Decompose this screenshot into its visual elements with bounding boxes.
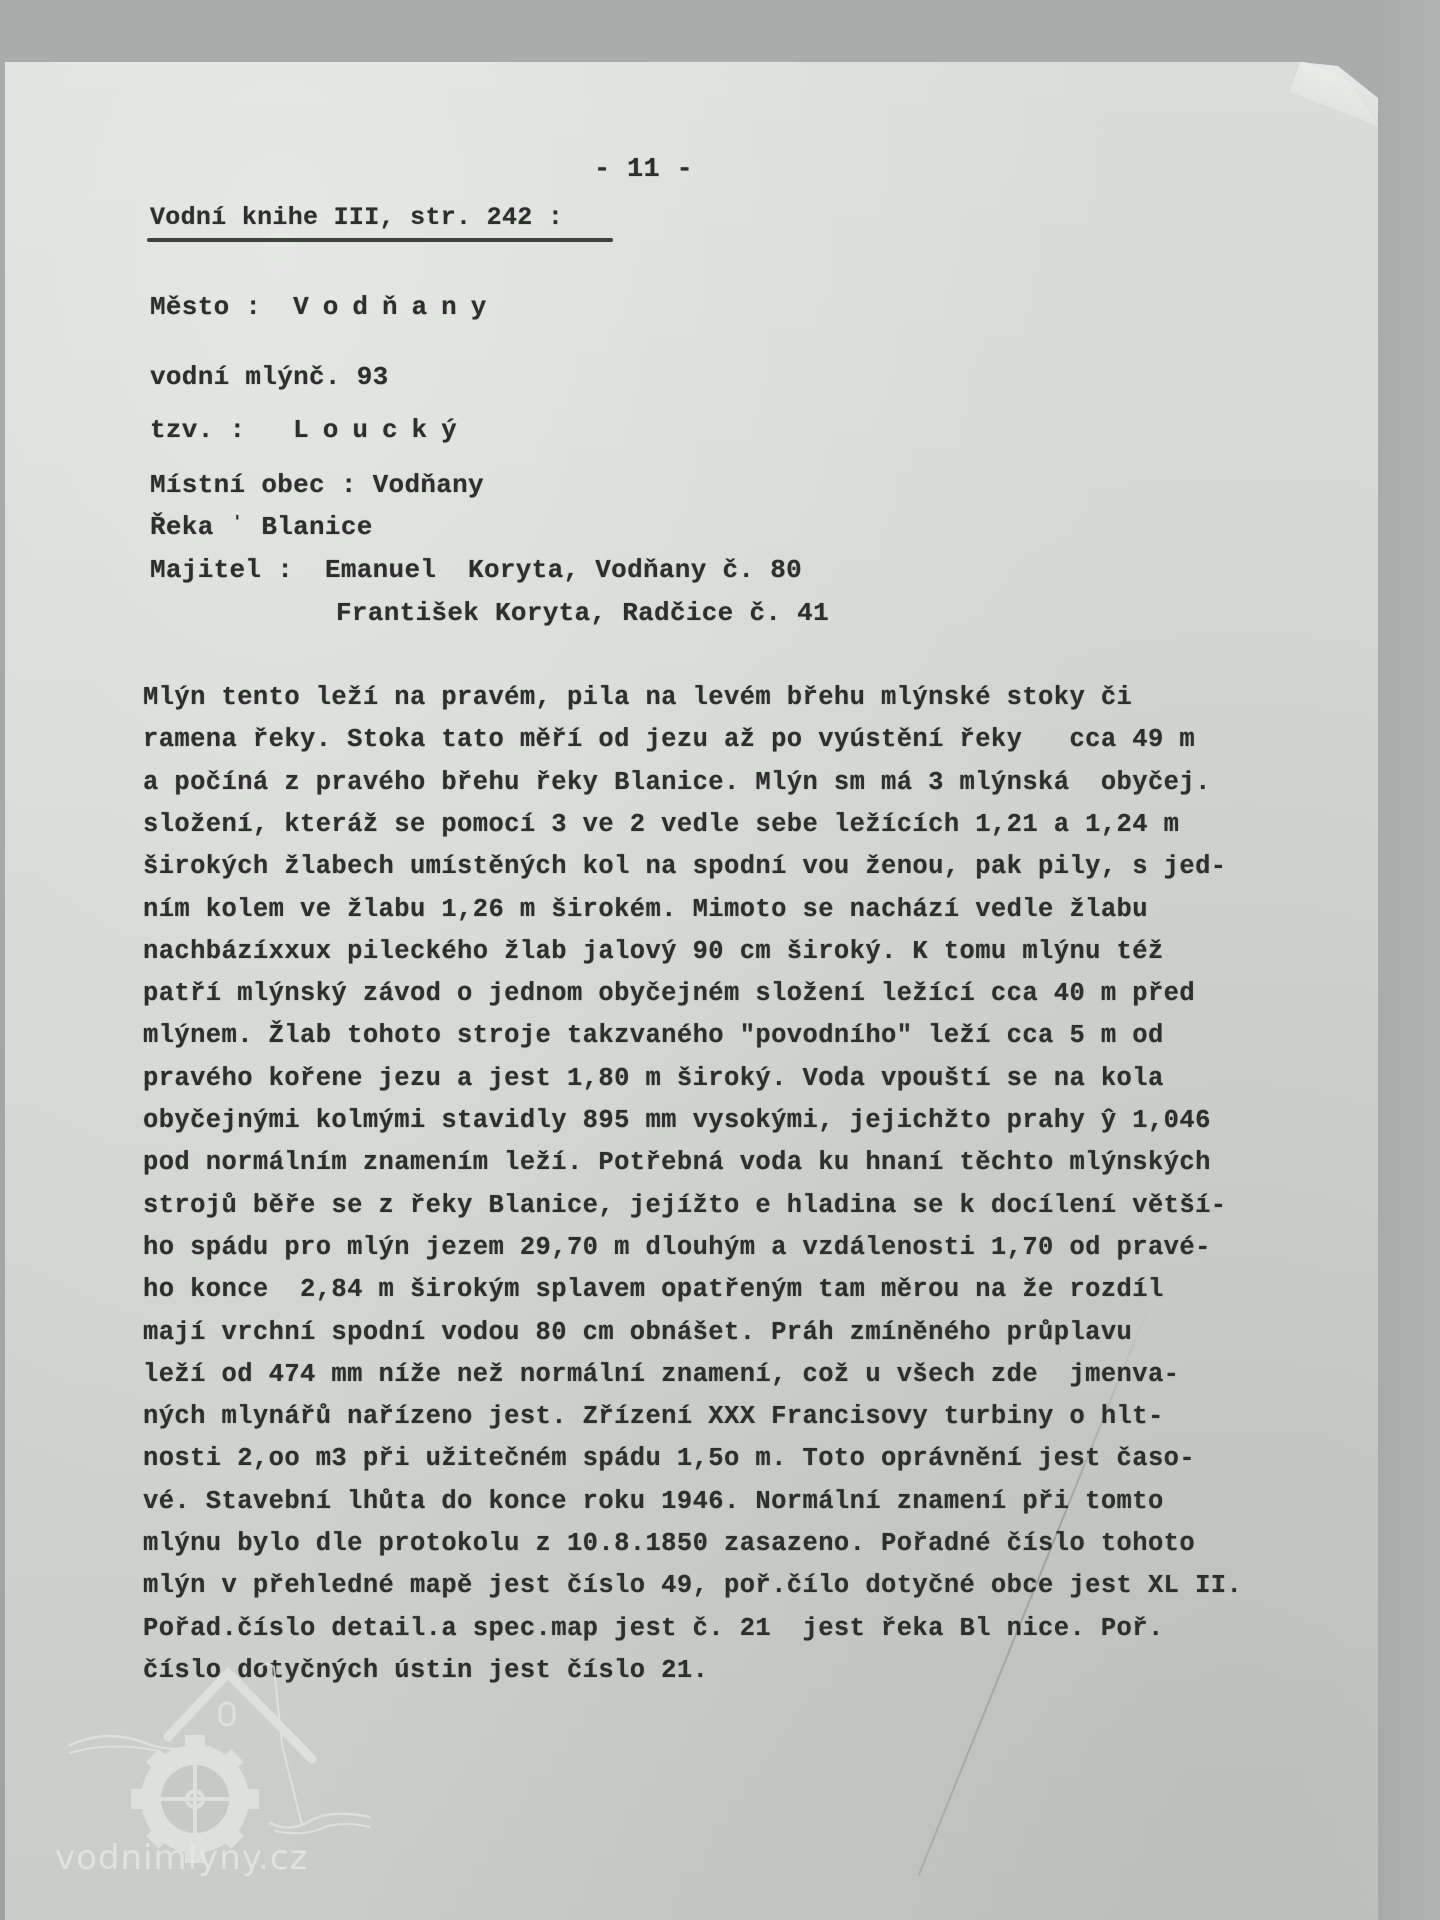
body-line: složení, kteráž se pomocí 3 ve 2 vedle s… <box>143 810 1179 839</box>
body-line: mlýnem. Žlab tohoto stroje takzvaného "p… <box>143 1021 1164 1050</box>
body-line: mlýn v přehledné mapě jest číslo 49, poř… <box>143 1571 1242 1600</box>
background-surface <box>1378 0 1440 1920</box>
town-label: Město : <box>150 292 261 322</box>
body-line: ním kolem ve žlabu 1,26 m širokém. Mimot… <box>143 895 1148 924</box>
owner-label: Majitel : <box>150 555 293 585</box>
page-number: - 11 - <box>594 155 693 185</box>
owner-1: Emanuel Koryta, Vodňany č. 80 <box>325 555 802 585</box>
body-line: mlýnu bylo dle protokolu z 10.8.1850 zas… <box>143 1529 1195 1558</box>
body-line: ných mlynářů nařízeno jest. Zřízení XXX … <box>143 1402 1164 1431</box>
watermark-text: vodnimlyny.cz <box>55 1838 308 1878</box>
town-value: Vodňany <box>293 292 500 322</box>
body-line: leží od 474 mm níže než normální znamení… <box>143 1360 1179 1389</box>
body-line: širokých žlabech umístěných kol na spodn… <box>143 852 1226 881</box>
body-line: obyčejnými kolmými stavidly 895 mm vysok… <box>143 1106 1211 1135</box>
body-line: patří mlýnský závod o jednom obyčejném s… <box>143 979 1195 1008</box>
body-line: ho spádu pro mlýn jezem 29,70 m dlouhým … <box>143 1233 1211 1262</box>
municipality-field: Místní obec : Vodňany <box>150 470 484 500</box>
river-field: Řeka ˈ Blanice <box>150 512 373 542</box>
owner-field: Majitel : Emanuel Koryta, Vodňany č. 80 <box>150 555 802 585</box>
body-line: mají vrchní spodní vodou 80 cm obnášet. … <box>143 1318 1132 1347</box>
mill-name-label: tzv. : <box>150 415 245 445</box>
mill-name-value: Loucký <box>293 415 471 445</box>
heading-underline <box>147 238 613 242</box>
body-line: Mlýn tento leží na pravém, pila na levém… <box>143 683 1132 712</box>
body-line: nosti 2,oo m3 při užitečném spádu 1,5o m… <box>143 1444 1195 1473</box>
body-line: pravého kořene jezu a jest 1,80 m široký… <box>143 1064 1164 1093</box>
body-line: ho konce 2,84 m širokým splavem opatřený… <box>143 1275 1164 1304</box>
owner-2: František Koryta, Radčice č. 41 <box>336 598 829 628</box>
town-field: Město : Vodňany <box>150 292 500 322</box>
mill-name-field: tzv. : Loucký <box>150 415 471 445</box>
body-line: strojů běře se z řeky Blanice, jejížto e… <box>143 1191 1226 1220</box>
body-line: Pořad.číslo detail.a spec.map jest č. 21… <box>143 1614 1164 1643</box>
mill-number: vodní mlýnč. 93 <box>150 362 389 392</box>
body-line: nachbázíxxux pileckého žlab jalový 90 cm… <box>143 937 1164 966</box>
body-line: vé. Stavební lhůta do konce roku 1946. N… <box>143 1487 1164 1516</box>
document-heading: Vodní knihe III, str. 242 : <box>150 203 563 232</box>
body-line: a počíná z pravého břehu řeky Blanice. M… <box>143 768 1211 797</box>
body-line: pod normálním znamením leží. Potřebná vo… <box>143 1148 1211 1177</box>
body-line: ramena řeky. Stoka tato měří od jezu až … <box>143 725 1195 754</box>
